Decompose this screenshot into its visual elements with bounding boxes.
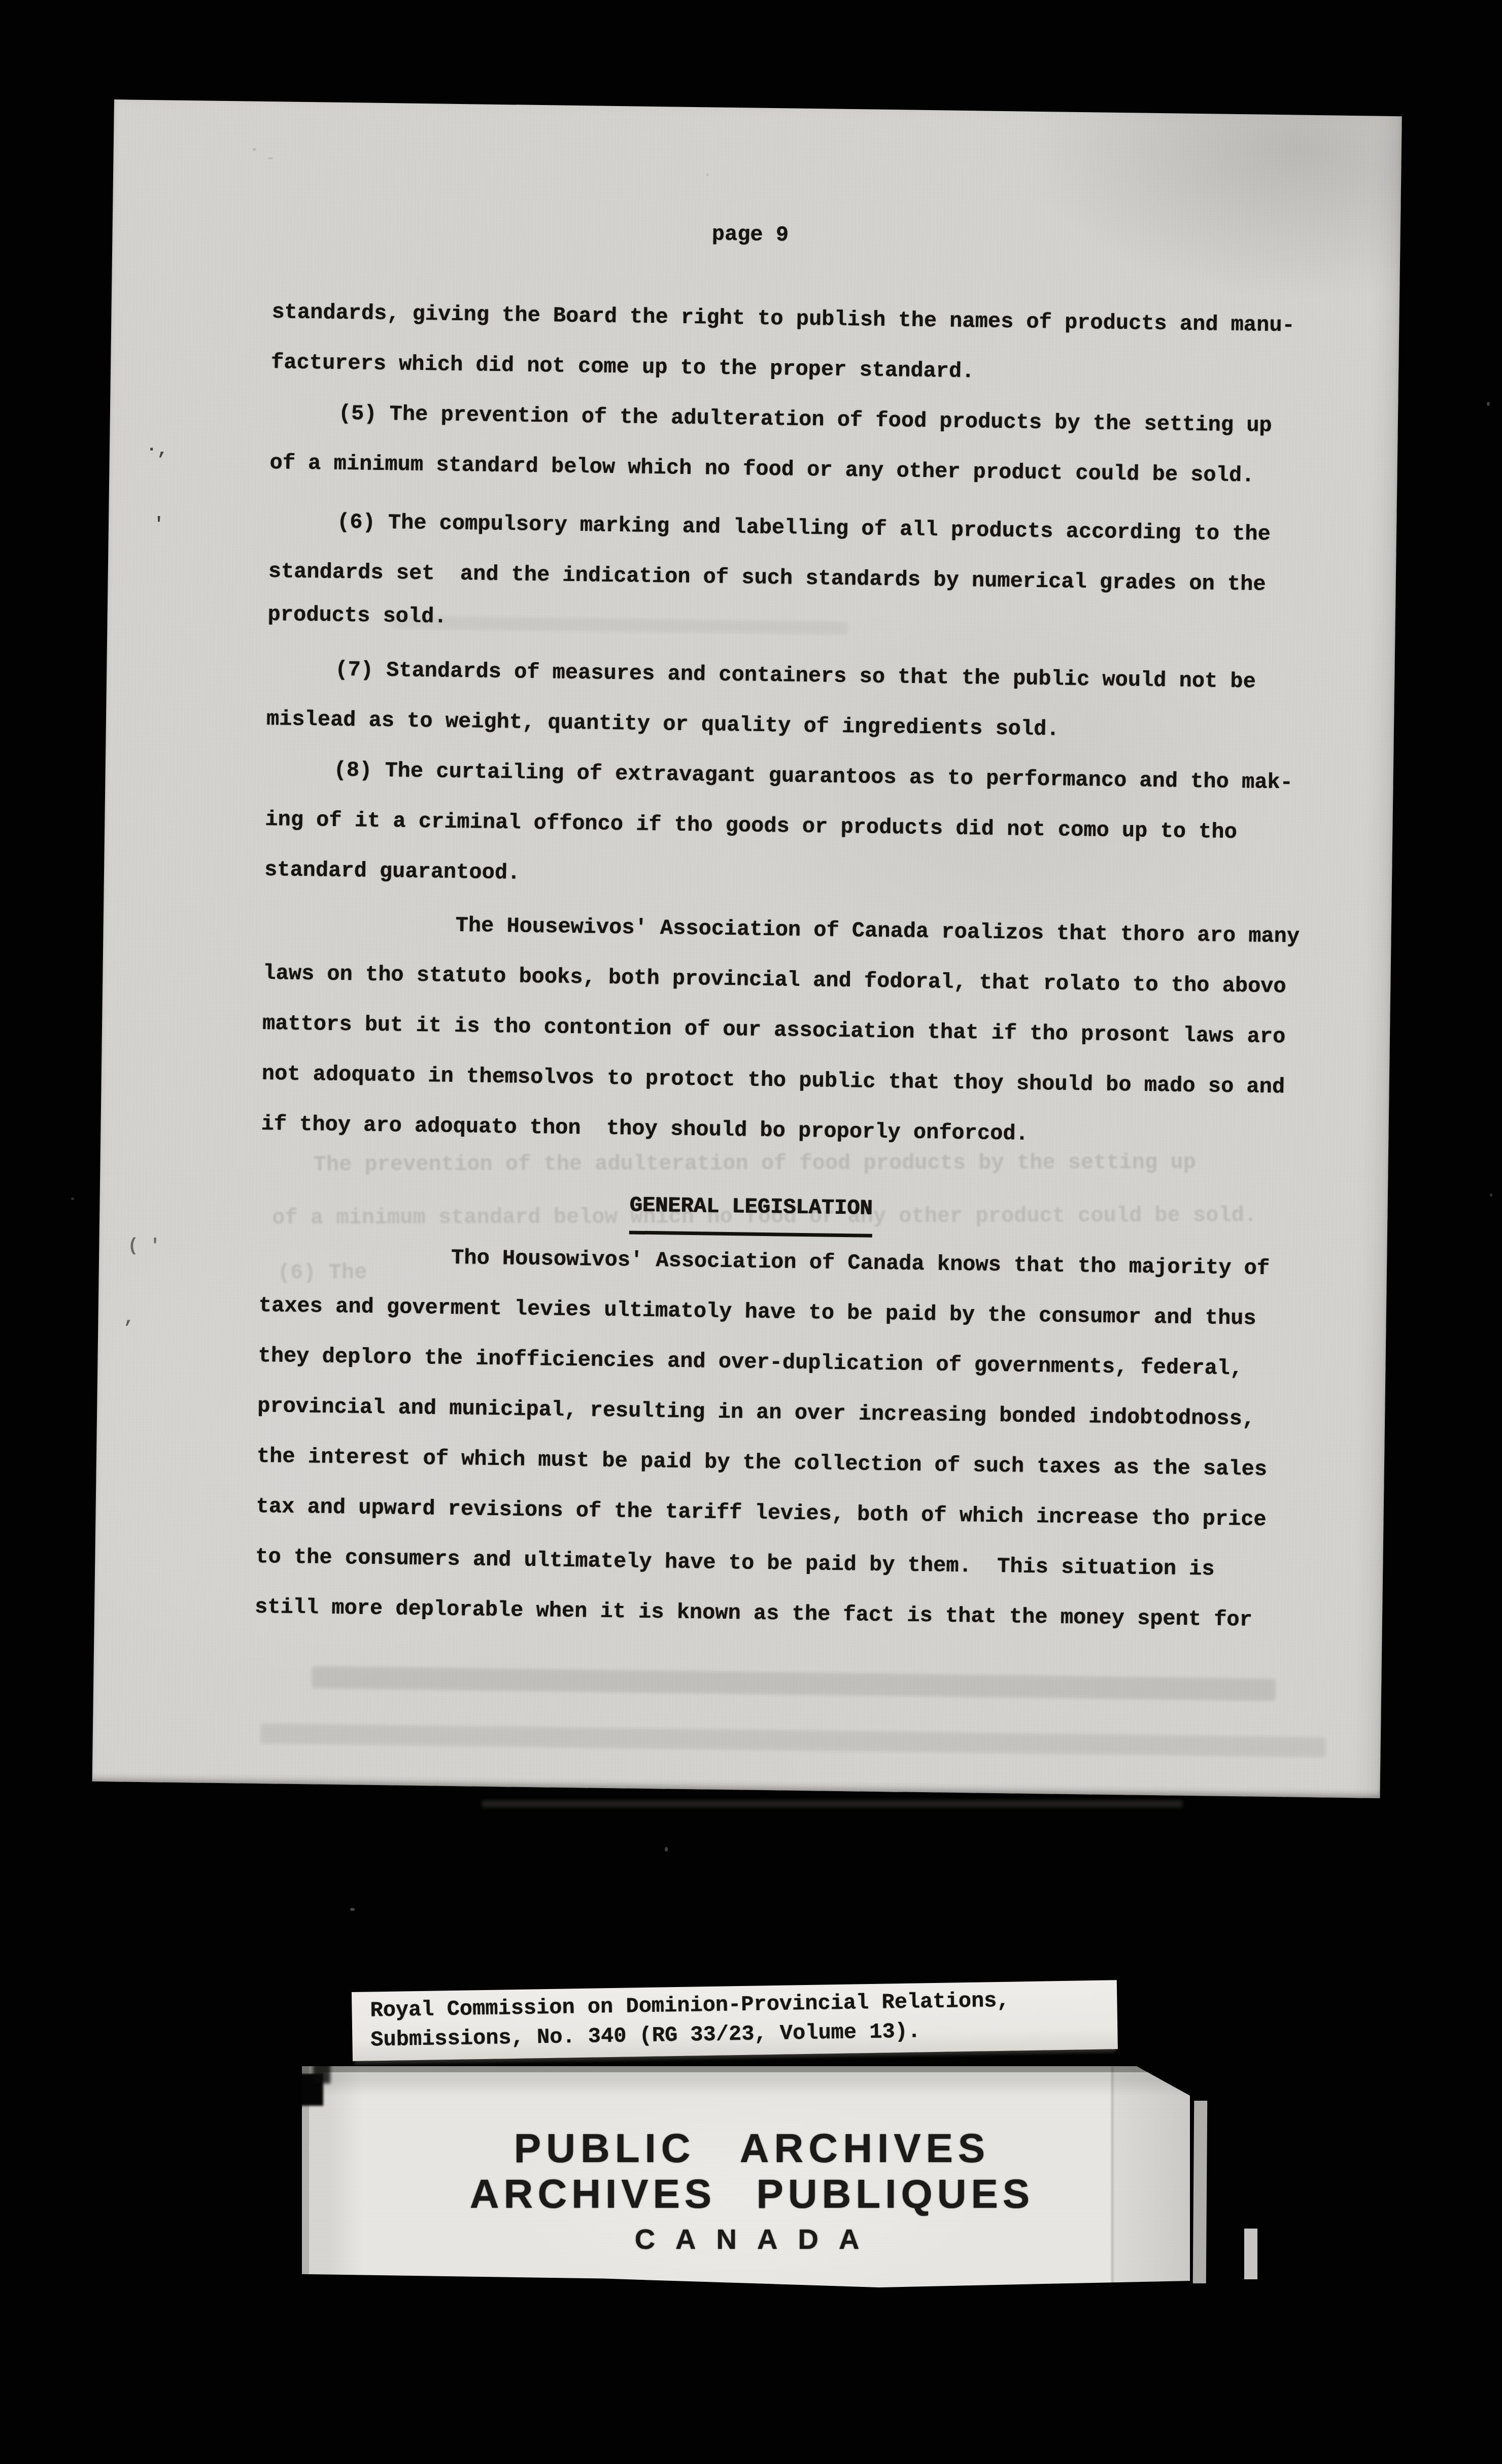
- margin-mark: ·,: [146, 439, 168, 460]
- section-heading: GENERAL LEGISLATION: [260, 1176, 1313, 1240]
- margin-mark: ,: [123, 1307, 134, 1328]
- dust-speck: [1487, 402, 1490, 406]
- dust-speck: [706, 174, 709, 176]
- dust-speck: [350, 1908, 355, 1911]
- bleed-through-smudge: [260, 1723, 1326, 1757]
- bleed-through-smudge: [312, 1666, 1276, 1701]
- archives-stamp-card: PUBLIC ARCHIVES ARCHIVES PUBLIQUES CANAD…: [302, 2066, 1190, 2287]
- dust-speck: [253, 148, 256, 151]
- dust-speck: [268, 157, 273, 159]
- scan-artifact-streak: [482, 1800, 1182, 1807]
- reference-slip-text: Royal Commission on Dominion-Provincial …: [370, 1986, 1010, 2055]
- reference-slip: Royal Commission on Dominion-Provincial …: [352, 1980, 1118, 2061]
- scanned-page: page 9 The prevention of the adulteratio…: [92, 99, 1402, 1798]
- page-number: page 9: [712, 222, 789, 247]
- archives-stamp-line: PUBLIC ARCHIVES: [346, 2125, 1158, 2172]
- archives-stamp-line: ARCHIVES PUBLIQUES: [346, 2171, 1158, 2217]
- margin-mark: ': [153, 514, 164, 535]
- archives-stamp-line: CANADA: [351, 2222, 1163, 2255]
- typed-body: standards, giving the Board the right to…: [254, 287, 1325, 1646]
- dust-speck: [1490, 1193, 1492, 1196]
- card-edge-tab: [1193, 2101, 1208, 2283]
- archives-stamp-text: PUBLIC ARCHIVES ARCHIVES PUBLIQUES CANAD…: [325, 2066, 1137, 2287]
- dust-speck: [71, 1197, 74, 1200]
- margin-mark: ( ': [127, 1236, 160, 1257]
- dust-speck: [665, 1847, 668, 1852]
- card-edge-sliver: [1244, 2229, 1257, 2279]
